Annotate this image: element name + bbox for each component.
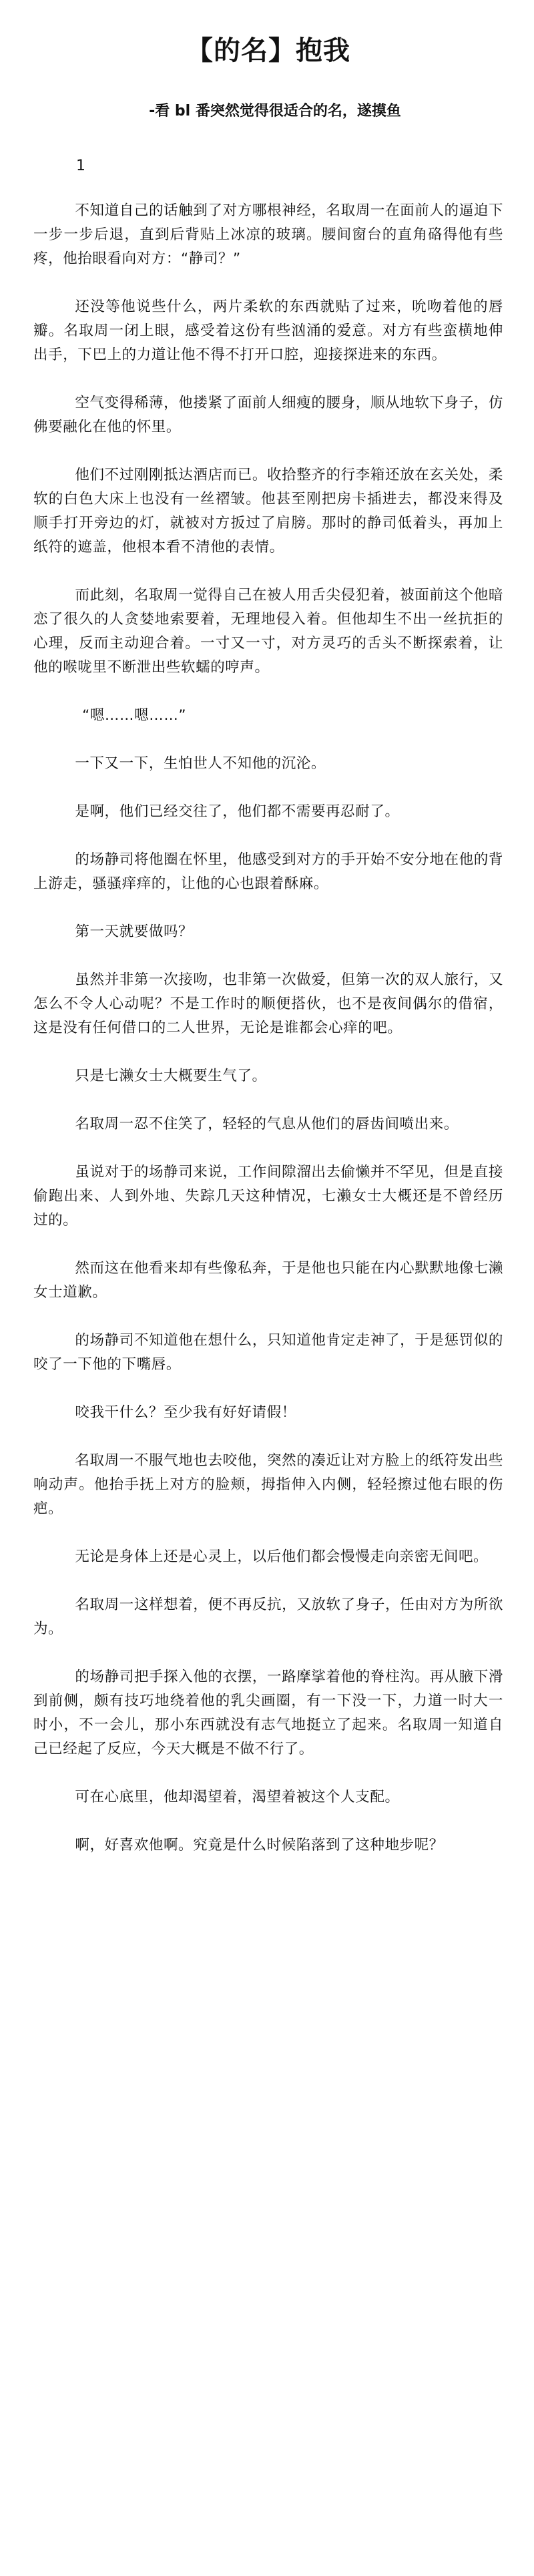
paragraph: 无论是身体上还是心灵上，以后他们都会慢慢走向亲密无间吧。 [33, 1545, 503, 1569]
paragraph: 只是七濑女士大概要生气了。 [33, 1064, 503, 1088]
paragraph: 是啊，他们已经交往了，他们都不需要再忍耐了。 [33, 800, 503, 824]
document-page: 【的名】抱我 -看 bl 番突然觉得很适合的名，遂摸鱼 1 不知道自己的话触到了… [0, 0, 534, 1908]
paragraph: 的场静司将他圈在怀里，他感受到对方的手开始不安分地在他的背上游走，骚骚痒痒的，让… [33, 848, 503, 896]
paragraph: 虽然并非第一次接吻，也非第一次做爱，但第一次的双人旅行，又怎么不令人心动呢？不是… [33, 968, 503, 1040]
paragraph: 而此刻，名取周一觉得自己在被人用舌尖侵犯着，被面前这个他暗恋了很久的人贪婪地索要… [33, 584, 503, 680]
paragraph: 可在心底里，他却渴望着，渴望着被这个人支配。 [33, 1785, 503, 1809]
subtitle: -看 bl 番突然觉得很适合的名，遂摸鱼 [33, 101, 503, 122]
paragraph: 一下又一下，生怕世人不知他的沉沦。 [33, 752, 503, 776]
dialogue-paragraph: “嗯……嗯……” [33, 704, 503, 728]
paragraph: 名取周一这样想着，便不再反抗，又放软了身子，任由对方为所欲为。 [33, 1593, 503, 1641]
paragraph: 他们不过刚刚抵达酒店而已。收拾整齐的行李箱还放在玄关处，柔软的白色大床上也没有一… [33, 463, 503, 560]
paragraph: 啊，好喜欢他啊。究竟是什么时候陷落到了这种地步呢？ [33, 1834, 503, 1858]
paragraph: 第一天就要做吗？ [33, 920, 503, 944]
paragraph: 还没等他说些什么，两片柔软的东西就贴了过来，吮吻着他的唇瓣。名取周一闭上眼，感受… [33, 295, 503, 367]
story-body: 不知道自己的话触到了对方哪根神经，名取周一在面前人的逼迫下一步一步后退，直到后背… [33, 199, 503, 1858]
paragraph: 虽说对于的场静司来说，工作间隙溜出去偷懒并不罕见，但是直接偷跑出来、人到外地、失… [33, 1160, 503, 1233]
paragraph: 不知道自己的话触到了对方哪根神经，名取周一在面前人的逼迫下一步一步后退，直到后背… [33, 199, 503, 271]
page-title: 【的名】抱我 [33, 0, 503, 67]
paragraph: 咬我干什么？至少我有好好请假！ [33, 1401, 503, 1425]
paragraph: 名取周一忍不住笑了，轻轻的气息从他们的唇齿间喷出来。 [33, 1112, 503, 1136]
section-number: 1 [33, 156, 503, 176]
paragraph: 空气变得稀薄，他搂紧了面前人细瘦的腰身，顺从地软下身子，仿佛要融化在他的怀里。 [33, 391, 503, 439]
paragraph: 名取周一不服气地也去咬他，突然的凑近让对方脸上的纸符发出些响动声。他抬手抚上对方… [33, 1449, 503, 1521]
paragraph: 然而这在他看来却有些像私奔，于是他也只能在内心默默地像七濑女士道歉。 [33, 1257, 503, 1305]
paragraph: 的场静司不知道他在想什么，只知道他肯定走神了，于是惩罚似的咬了一下他的下嘴唇。 [33, 1329, 503, 1377]
paragraph: 的场静司把手探入他的衣摆，一路摩挲着他的脊柱沟。再从腋下滑到前侧，颇有技巧地绕着… [33, 1665, 503, 1761]
